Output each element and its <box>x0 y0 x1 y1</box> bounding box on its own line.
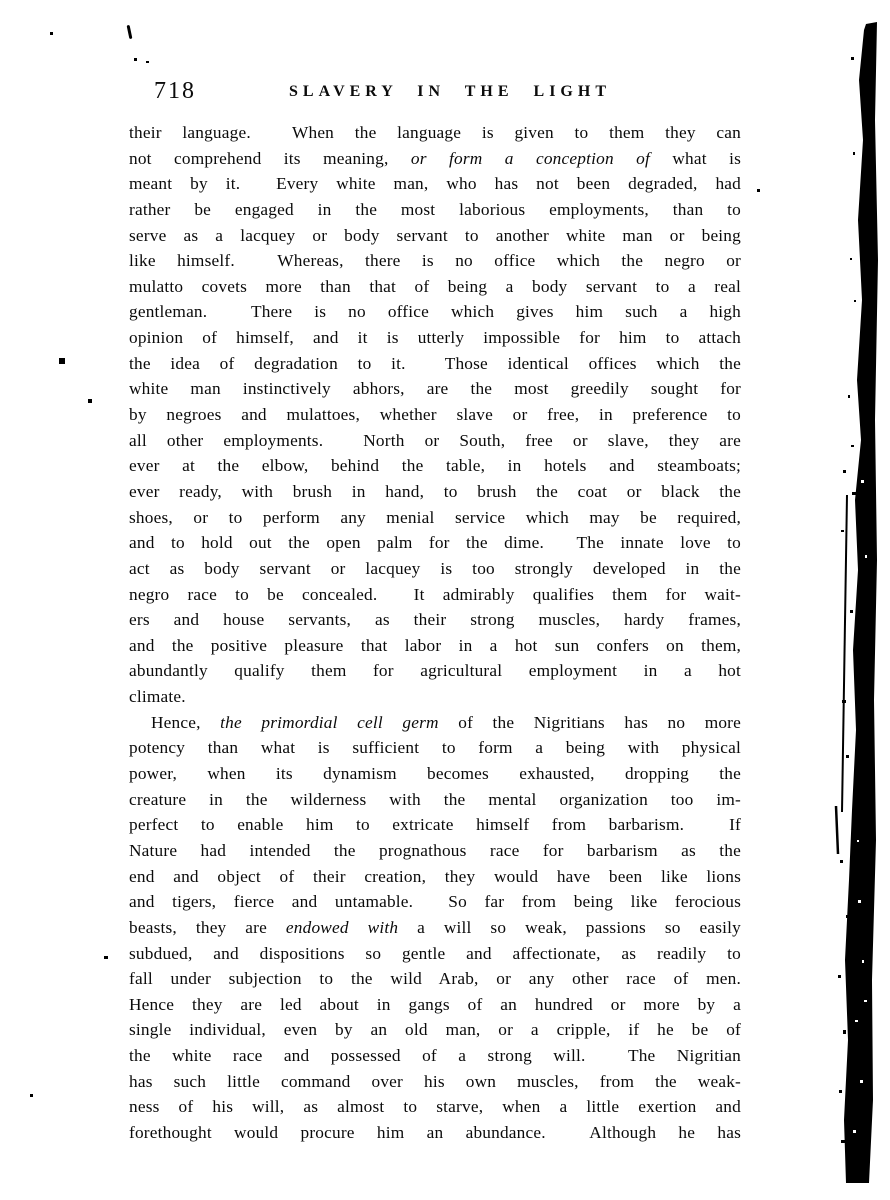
text-line: serve as a lacquey or body servant to an… <box>129 223 741 249</box>
text-line: power, when its dynamism becomes exhaust… <box>129 761 741 787</box>
body-text: their language. When the language is giv… <box>129 120 741 1146</box>
text-line: Hence they are led about in gangs of an … <box>129 992 741 1018</box>
text-line: white man instinctively abhors, are the … <box>129 376 741 402</box>
ink-speck <box>59 358 65 364</box>
ink-speck <box>146 61 149 63</box>
scanned-page: 718 SLAVERY IN THE LIGHT their language.… <box>0 0 890 1200</box>
text-line: rather be engaged in the most laborious … <box>129 197 741 223</box>
text-line: single individual, even by an old man, o… <box>129 1017 741 1043</box>
text-line: and the positive pleasure that labor in … <box>129 633 741 659</box>
text-line: and to hold out the open palm for the di… <box>129 530 741 556</box>
text-line: not comprehend its meaning, or form a co… <box>129 146 741 172</box>
text-line: fall under subjection to the wild Arab, … <box>129 966 741 992</box>
text-line: Nature had intended the prognathous race… <box>129 838 741 864</box>
text-line: has such little command over his own mus… <box>129 1069 741 1095</box>
text-line: like himself. Whereas, there is no offic… <box>129 248 741 274</box>
text-line: abundantly qualify them for agricultural… <box>129 658 741 684</box>
text-line: Hence, the primordial cell germ of the N… <box>129 710 741 736</box>
text-line: ever ready, with brush in hand, to brush… <box>129 479 741 505</box>
ink-speck <box>134 58 137 61</box>
running-header: SLAVERY IN THE LIGHT <box>130 82 770 102</box>
text-line: beasts, they are endowed with a will so … <box>129 915 741 941</box>
text-line: potency than what is sufficient to form … <box>129 735 741 761</box>
ink-speck <box>104 956 108 959</box>
ink-speck <box>88 399 92 403</box>
text-line: ers and house servants, as their strong … <box>129 607 741 633</box>
text-line: ness of his will, as almost to starve, w… <box>129 1094 741 1120</box>
text-line: meant by it. Every white man, who has no… <box>129 171 741 197</box>
text-line: act as body servant or lacquey is too st… <box>129 556 741 582</box>
text-line: the white race and possessed of a strong… <box>129 1043 741 1069</box>
text-line: perfect to enable him to extricate himse… <box>129 812 741 838</box>
text-line: by negroes and mulattoes, whether slave … <box>129 402 741 428</box>
text-line: shoes, or to perform any menial service … <box>129 505 741 531</box>
text-line: ever at the elbow, behind the table, in … <box>129 453 741 479</box>
ink-speck <box>127 25 133 39</box>
text-line: creature in the wilderness with the ment… <box>129 787 741 813</box>
text-line: negro race to be concealed. It admirably… <box>129 582 741 608</box>
ink-speck <box>50 32 53 35</box>
text-line: end and object of their creation, they w… <box>129 864 741 890</box>
text-line: the idea of degradation to it. Those ide… <box>129 351 741 377</box>
ink-speck <box>30 1094 33 1097</box>
text-line: all other employments. North or South, f… <box>129 428 741 454</box>
text-line: subdued, and dispositions so gentle and … <box>129 941 741 967</box>
text-line: gentleman. There is no office which give… <box>129 299 741 325</box>
text-line: their language. When the language is giv… <box>129 120 741 146</box>
text-line: forethought would procure him an abundan… <box>129 1120 741 1146</box>
text-line: opinion of himself, and it is utterly im… <box>129 325 741 351</box>
text-line: mulatto covets more than that of being a… <box>129 274 741 300</box>
ink-speck <box>757 189 760 192</box>
text-line: and tigers, fierce and untamable. So far… <box>129 889 741 915</box>
text-line: climate. <box>129 684 741 710</box>
